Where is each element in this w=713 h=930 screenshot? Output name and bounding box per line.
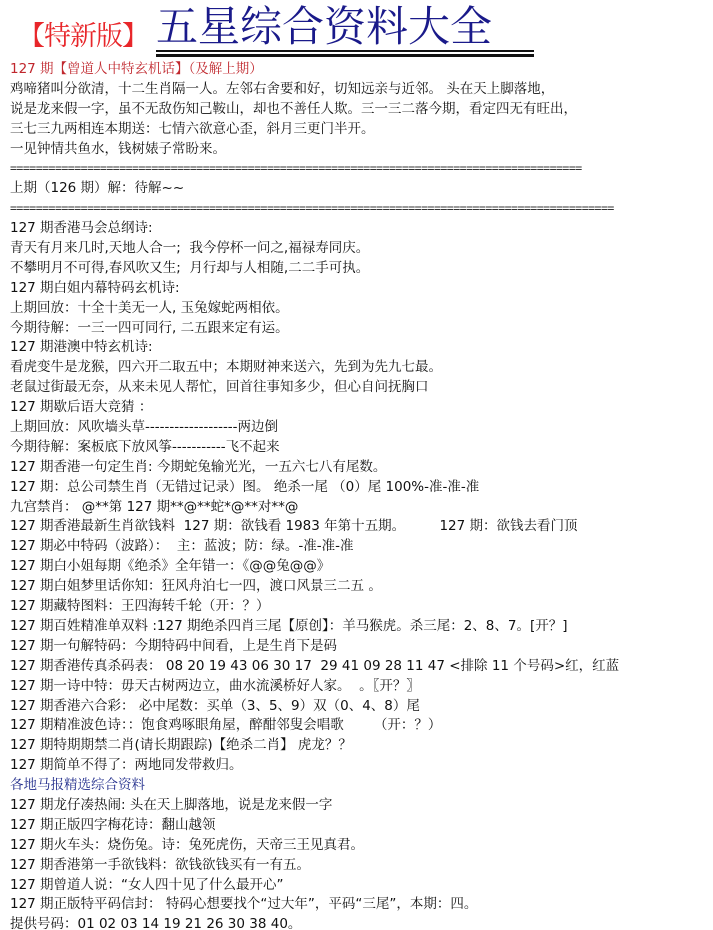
poem-line: 不攀明月不可得,春风吹又生; 月行却与人相随,二二手可执。 bbox=[10, 259, 710, 279]
title-underline-thin bbox=[156, 50, 534, 52]
last-period-result: 上期（126 期）解：待解~~ bbox=[10, 179, 710, 199]
info-line: 127 期白小姐每期《绝杀》全年错一：《@@兔@@》 bbox=[10, 557, 710, 577]
info-line: 127 期百姓精准单双料 :127 期绝杀四肖三尾【原创】：羊马猴虎。杀三尾：2… bbox=[10, 617, 710, 637]
gangao-poem-heading: 127 期港澳中特玄机诗: bbox=[10, 338, 710, 358]
intro-line: 三七三九两相连本期送：七情六欲意心歪，斜月三更门半开。 bbox=[10, 120, 710, 140]
document-body: 127 期【曾道人中特玄机话】（及解上期） 鸡啼猪叫分欲清，十二生肖隔一人。左邻… bbox=[10, 60, 710, 930]
info-line: 127 期火车头：烧伤兔。诗：兔死虎伤，天帝三王见真君。 bbox=[10, 836, 710, 856]
page-header: 【特新版】 五星综合资料大全 bbox=[14, 2, 713, 60]
info-line: 127 期特期期禁二肖(请长期跟踪)【绝杀二肖】 虎龙？？ bbox=[10, 736, 710, 756]
numbers-line: 提供号码：01 02 03 14 19 21 26 30 38 40。 bbox=[10, 915, 710, 930]
info-line: 127 期香港一句定生肖: 今期蛇兔输光光，一五六七八有尾数。 bbox=[10, 458, 710, 478]
info-line: 127 期龙仔凑热闹: 头在天上脚落地，说是龙来假一字 bbox=[10, 796, 710, 816]
info-line: 127 期香港最新生肖欲钱料 127 期：欲钱看 1983 年第十五期。 127… bbox=[10, 517, 710, 537]
poem-line: 青天有月来几时,天地人合一; 我今停杯一问之,福禄寿同庆。 bbox=[10, 239, 710, 259]
page-title: 五星综合资料大全 bbox=[156, 2, 492, 52]
poem-line: 今期待解：一三一四可同行, 二五跟来定有运。 bbox=[10, 319, 710, 339]
baijie-poem-heading: 127 期白姐内幕特码玄机诗: bbox=[10, 279, 710, 299]
info-line: 127 期：总公司禁生肖（无错过记录）图。 绝杀一尾 （0）尾 100%-准-准… bbox=[10, 478, 710, 498]
riddle-line: 今期待解：案板底下放风筝-----------飞不起来 bbox=[10, 438, 710, 458]
subtitle: 127 期【曾道人中特玄机话】（及解上期） bbox=[10, 60, 710, 80]
info-line: 127 期正版特平码信封： 特码心想要找个“过大年”，平码“三尾”，本期：四。 bbox=[10, 895, 710, 915]
intro-line: 一见钟情共鱼水，钱树婊子常盼来。 bbox=[10, 140, 710, 160]
intro-line: 说是龙来假一字，虽不无敌伤知己鞍山，却也不善任人欺。三一三二落今期，看定四无有旺… bbox=[10, 100, 710, 120]
riddle-heading: 127 期歇后语大竞猜 ： bbox=[10, 398, 710, 418]
edition-badge: 【特新版】 bbox=[18, 14, 148, 53]
info-line: 127 期香港传真杀码表： 08 20 19 43 06 30 17 29 41… bbox=[10, 657, 710, 677]
info-line: 127 期白姐梦里话你知：狂风舟泊七一四，渡口风景三二五 。 bbox=[10, 577, 710, 597]
poem-line: 上期回放：十全十美无一人, 玉兔嫁蛇两相依。 bbox=[10, 299, 710, 319]
info-line: 127 期藏特图料：王四海转千轮（开：？） bbox=[10, 597, 710, 617]
info-line: 127 期必中特码（波路）： 主：蓝波；防：绿。-准-准-准 bbox=[10, 537, 710, 557]
separator: ========================================… bbox=[10, 199, 650, 219]
info-line: 127 期精准波色诗：：饱食鸡啄眼角屋，醉酣邻叟会唱歌 （开：？） bbox=[10, 716, 710, 736]
info-line: 127 期正版四字梅花诗：翻山越领 bbox=[10, 816, 710, 836]
info-line: 127 期一句解特码：今期特码中间看，上是生肖下是码 bbox=[10, 637, 710, 657]
hk-jockey-poem-heading: 127 期香港马会总纲诗: bbox=[10, 219, 710, 239]
info-line: 127 期香港第一手欲钱料：欲钱欲钱买有一有五。 bbox=[10, 856, 710, 876]
info-line: 127 期香港六合彩： 必中尾数：买单（3、5、9）双（0、4、8）尾 bbox=[10, 697, 710, 717]
title-underline-thick bbox=[156, 54, 534, 57]
info-line: 九宫禁肖： @**第 127 期**@**蛇*@**对**@ bbox=[10, 498, 710, 518]
info-line: 127 期简单不得了：两地同发带救归。 bbox=[10, 756, 710, 776]
intro-line: 鸡啼猪叫分欲清，十二生肖隔一人。左邻右舍要和好，切知远亲与近邻。 头在天上脚落地… bbox=[10, 80, 710, 100]
info-line: 127 期一诗中特：毋天古树两边立，曲水流溪桥好人家。 。〖开？〗 bbox=[10, 677, 710, 697]
poem-line: 老鼠过街最无奈，从来未见人帮忙，回首往事知多少，但心自问抚胸口 bbox=[10, 378, 710, 398]
riddle-line: 上期回放：风吹墙头草-------------------两边倒 bbox=[10, 418, 710, 438]
section-heading: 各地马报精选综合资料 bbox=[10, 776, 710, 796]
info-line: 127 期曾道人说：“女人四十见了什么最开心” bbox=[10, 876, 710, 896]
poem-line: 看虎变牛是龙猴，四六开二取五中；本期财神来送六，先到为先九七最。 bbox=[10, 358, 710, 378]
separator: ========================================… bbox=[10, 159, 625, 179]
